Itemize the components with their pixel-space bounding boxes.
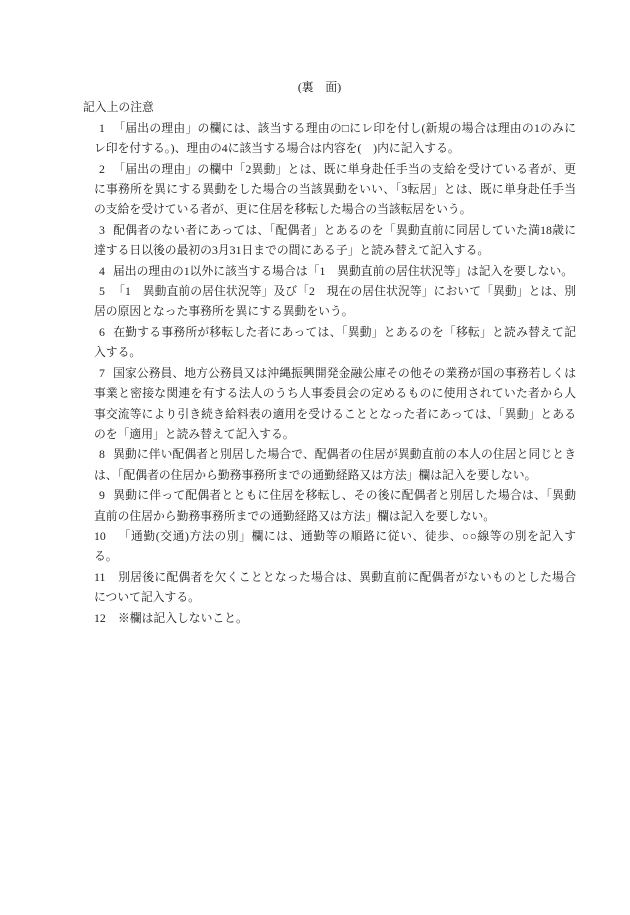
note-text: 異動に伴って配偶者とともに住居を移転し、その後に配偶者と別居した場合は、「異動直… — [94, 488, 576, 522]
note-text: 異動に伴い配偶者と別居した場合で、配偶者の住居が異動直前の本人の住居と同じときは… — [94, 447, 576, 481]
note-number: 7 — [99, 363, 113, 383]
note-number: 6 — [99, 322, 113, 342]
back-side-label: (裏 面) — [63, 77, 576, 97]
note-number: 10 — [94, 526, 118, 546]
note-item-12: 12※欄は記入しないこと。 — [94, 608, 576, 628]
note-text: 「1 異動直前の居住状況等」及び「2 現在の居住状況等」において「異動」とは、別… — [94, 284, 576, 318]
note-number: 5 — [99, 281, 113, 301]
notes-section: (裏 面) 記入上の注意 1「届出の理由」の欄には、該当する理由の□にレ印を付し… — [83, 77, 576, 628]
note-number: 11 — [94, 567, 118, 587]
note-number: 4 — [99, 261, 113, 281]
note-item-10: 10「通勤(交通)方法の別」欄には、通勤等の順路に従い、徒歩、○○線等の別を記入… — [94, 526, 576, 567]
note-item-4: 4届出の理由の1以外に該当する場合は「1 異動直前の居住状況等」は記入を要しない… — [94, 261, 576, 281]
note-text: 配偶者のない者にあっては、「配偶者」とあるのを「異動直前に同居していた満18歳に… — [94, 223, 576, 257]
note-number: 3 — [99, 220, 113, 240]
note-text: ※欄は記入しないこと。 — [118, 611, 248, 625]
note-text: 「届出の理由」の欄には、該当する理由の□にレ印を付し(新規の場合は理由の1のみに… — [94, 121, 576, 155]
note-number: 2 — [99, 159, 113, 179]
note-item-6: 6在勤する事務所が移転した者にあっては、「異動」とあるのを「移転」と読み替えて記… — [94, 322, 576, 363]
note-item-8: 8異動に伴い配偶者と別居した場合で、配偶者の住居が異動直前の本人の住居と同じとき… — [94, 444, 576, 485]
note-item-5: 5「1 異動直前の居住状況等」及び「2 現在の居住状況等」において「異動」とは、… — [94, 281, 576, 322]
note-text: 国家公務員、地方公務員又は沖縄振興開発金融公庫その他その業務が国の事務若しくは事… — [94, 366, 576, 441]
note-text: 在勤する事務所が移転した者にあっては、「異動」とあるのを「移転」と読み替えて記入… — [94, 325, 576, 359]
note-text: 別居後に配偶者を欠くこととなった場合は、異動直前に配偶者がないものとした場合につ… — [94, 570, 576, 604]
note-item-11: 11別居後に配偶者を欠くこととなった場合は、異動直前に配偶者がないものとした場合… — [94, 567, 576, 608]
note-item-3: 3配偶者のない者にあっては、「配偶者」とあるのを「異動直前に同居していた満18歳… — [94, 220, 576, 261]
note-number: 1 — [99, 118, 113, 138]
note-text: 「届出の理由」の欄中「2異動」とは、既に単身赴任手当の支給を受けている者が、更に… — [94, 162, 576, 217]
note-number: 9 — [99, 485, 113, 505]
note-item-2: 2「届出の理由」の欄中「2異動」とは、既に単身赴任手当の支給を受けている者が、更… — [94, 159, 576, 220]
note-item-7: 7国家公務員、地方公務員又は沖縄振興開発金融公庫その他その業務が国の事務若しくは… — [94, 363, 576, 445]
note-item-1: 1「届出の理由」の欄には、該当する理由の□にレ印を付し(新規の場合は理由の1のみ… — [94, 118, 576, 159]
document-page: (裏 面) 記入上の注意 1「届出の理由」の欄には、該当する理由の□にレ印を付し… — [0, 0, 630, 915]
note-number: 12 — [94, 608, 118, 628]
note-text: 「通勤(交通)方法の別」欄には、通勤等の順路に従い、徒歩、○○線等の別を記入する… — [94, 529, 576, 563]
note-number: 8 — [99, 444, 113, 464]
notes-title: 記入上の注意 — [83, 97, 576, 117]
note-text: 届出の理由の1以外に該当する場合は「1 異動直前の居住状況等」は記入を要しない。 — [113, 264, 573, 278]
note-item-9: 9異動に伴って配偶者とともに住居を移転し、その後に配偶者と別居した場合は、「異動… — [94, 485, 576, 526]
